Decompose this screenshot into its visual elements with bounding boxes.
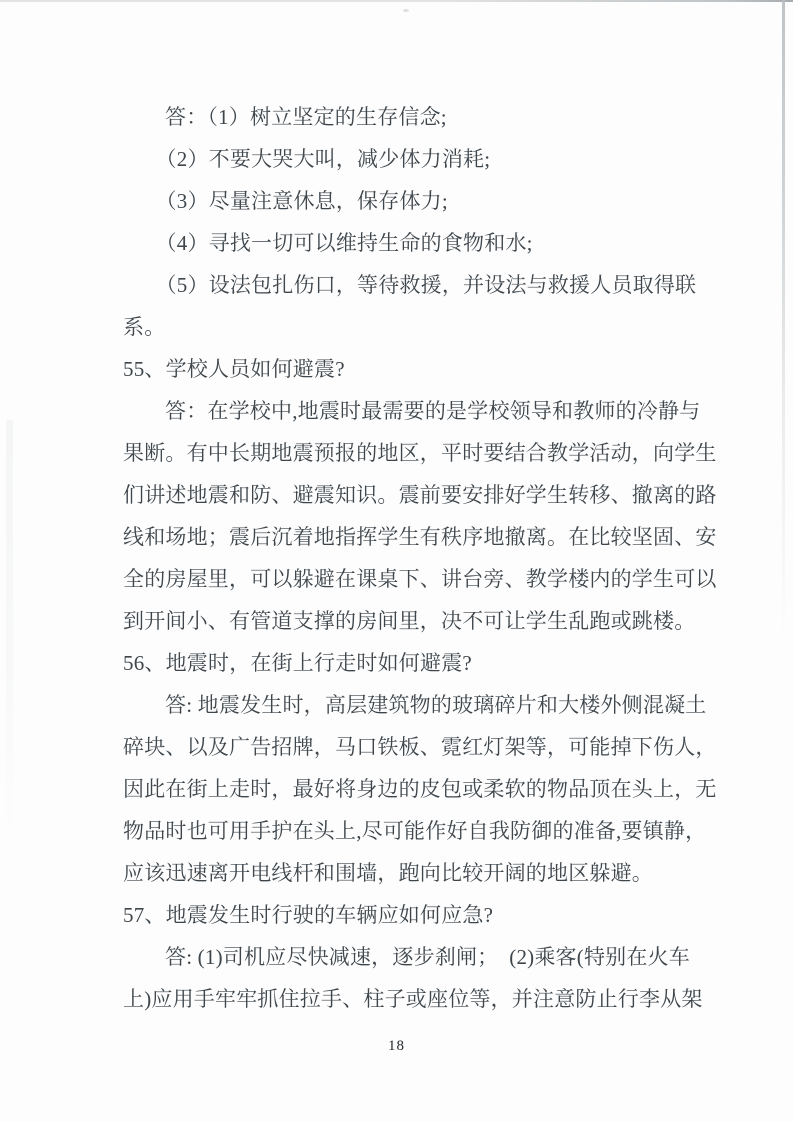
text-line: 答: (1)司机应尽快减速，逐步刹闸； (2)乘客(特别在火车 xyxy=(123,936,717,978)
text-line: 答：在学校中,地震时最需要的是学校领导和教师的冷静与 xyxy=(123,390,717,432)
text-line: 全的房屋里，可以躲避在课桌下、讲台旁、教学楼内的学生可以 xyxy=(123,558,717,600)
scan-edge-left xyxy=(6,420,13,840)
text-line: 上)应用手牢牢抓住拉手、柱子或座位等，并注意防止行李从架 xyxy=(123,978,717,1020)
text-block: 答：（1）树立坚定的生存信念;（2）不要大哭大叫，减少体力消耗;（3）尽量注意休… xyxy=(123,96,717,1020)
text-line: 56、地震时，在街上行走时如何避震? xyxy=(123,642,717,684)
text-line: 们讲述地震和防、避震知识。震前要安排好学生转移、撤离的路 xyxy=(123,474,717,516)
scan-speck xyxy=(403,9,409,12)
text-line: 物品时也可用手护在头上,尽可能作好自我防御的准备,要镇静， xyxy=(123,810,717,852)
text-line: （5）设法包扎伤口，等待救援，并设法与救援人员取得联 xyxy=(123,264,717,306)
text-line: 57、地震发生时行驶的车辆应如何应急? xyxy=(123,894,717,936)
scan-edge-top xyxy=(0,0,793,2)
text-line: 55、学校人员如何避震? xyxy=(123,348,717,390)
text-line: 线和场地；震后沉着地指挥学生有秩序地撤离。在比较坚固、安 xyxy=(123,516,717,558)
text-line: 因此在街上走时，最好将身边的皮包或柔软的物品顶在头上，无 xyxy=(123,768,717,810)
page-number: 18 xyxy=(0,1038,793,1055)
text-line: 答: 地震发生时，高层建筑物的玻璃碎片和大楼外侧混凝土 xyxy=(123,684,717,726)
text-line: 系。 xyxy=(123,306,717,348)
scan-edge-right xyxy=(782,0,785,640)
text-line: 答：（1）树立坚定的生存信念; xyxy=(123,96,717,138)
text-line: 到开间小、有管道支撑的房间里，决不可让学生乱跑或跳楼。 xyxy=(123,600,717,642)
text-line: （4）寻找一切可以维持生命的食物和水; xyxy=(123,222,717,264)
document-page: 答：（1）树立坚定的生存信念;（2）不要大哭大叫，减少体力消耗;（3）尽量注意休… xyxy=(0,0,793,1122)
text-line: 应该迅速离开电线杆和围墙，跑向比较开阔的地区躲避。 xyxy=(123,852,717,894)
text-line: （2）不要大哭大叫，减少体力消耗; xyxy=(123,138,717,180)
text-line: 碎块、以及广告招牌，马口铁板、霓红灯架等，可能掉下伤人， xyxy=(123,726,717,768)
text-line: （3）尽量注意休息，保存体力; xyxy=(123,180,717,222)
text-line: 果断。有中长期地震预报的地区，平时要结合教学活动，向学生 xyxy=(123,432,717,474)
